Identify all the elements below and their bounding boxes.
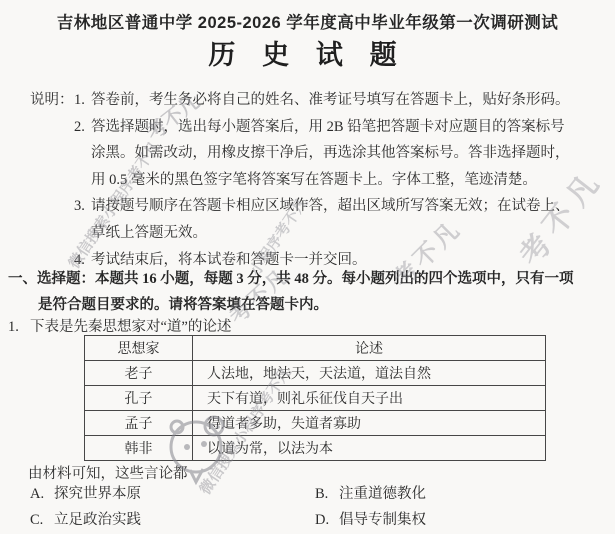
table-row: 孔子 天下有道，则礼乐征伐自天子出 [85,386,546,411]
instruction-line: 2.答选择题时，选出每小题答案后，用 2B 铅笔把答题卡对应题目的答案标号 [74,114,607,141]
question-stem-text: 下表是先秦思想家对“道”的论述 [30,319,231,335]
instruction-line: 用 0.5 毫米的黑色签字笔将答案写在答题卡上。字体工整，笔迹清楚。 [91,167,607,194]
instruction-number: 3. [74,193,91,220]
table-cell-quote: 得道者多助，失道者寡助 [193,411,546,436]
instructions-label: 说明： [30,87,74,114]
thinkers-table: 思想家 论述 老子 人法地，地法天，天法道，道法自然 孔子 天下有道，则礼乐征伐… [84,335,546,461]
question-followup: 由材料可知，这些言论都 [28,462,188,483]
option-b: B.注重道德教化 [315,484,605,504]
table-header-row: 思想家 论述 [85,336,546,361]
option-text: 倡导专制集权 [339,512,426,528]
instruction-text: 草纸上答题无效。 [91,225,207,241]
instruction-text: 用 0.5 毫米的黑色签字笔将答案写在答题卡上。字体工整，笔迹清楚。 [91,172,537,188]
exam-title: 历 史 试 题 [0,33,615,72]
instructions-block: 说明：1.答卷前，考生务必将自己的姓名、准考证号填写在答题卡上，贴好条形码。 2… [30,87,607,273]
instruction-line: 草纸上答题无效。 [91,220,607,247]
instruction-line: 3.请按题号顺序在答题卡相应区域作答，超出区域所写答案无效；在试卷上、 [74,193,607,220]
section-one-heading: 一、选择题：本题共 16 小题，每题 3 分，共 48 分。每小题列出的四个选项… [8,266,609,319]
instruction-number: 1. [74,87,91,114]
table-row: 韩非 以道为常，以法为本 [85,436,546,461]
option-label: B. [315,484,339,504]
section-heading-line: 一、选择题：本题共 16 小题，每题 3 分，共 48 分。每小题列出的四个选项… [8,266,609,292]
option-d: D.倡导专制集权 [315,510,605,530]
instruction-text: 答选择题时，选出每小题答案后，用 2B 铅笔把答题卡对应题目的答案标号 [91,119,565,135]
instruction-line: 说明：1.答卷前，考生务必将自己的姓名、准考证号填写在答题卡上，贴好条形码。 [30,87,607,114]
option-text: 立足政治实践 [54,512,141,528]
table-cell-quote: 以道为常，以法为本 [193,436,546,461]
instruction-number: 2. [74,114,91,141]
table-row: 老子 人法地，地法天，天法道，道法自然 [85,361,546,386]
option-label: D. [315,510,339,530]
table-cell-thinker: 老子 [85,361,193,386]
question-number: 1. [8,319,30,336]
option-label: A. [30,484,54,504]
option-text: 探究世界本原 [54,486,141,502]
option-c: C.立足政治实践 [30,510,315,530]
table-row: 孟子 得道者多助，失道者寡助 [85,411,546,436]
exam-paper-page: 吉林地区普通中学 2025-2026 学年度高中毕业年级第一次调研测试 历 史 … [0,0,615,534]
instruction-text: 涂黑。如需改动，用橡皮擦干净后，再选涂其他答案标号。答非选择题时， [91,145,570,161]
instruction-line: 涂黑。如需改动，用橡皮擦干净后，再选涂其他答案标号。答非选择题时， [91,140,607,167]
table-cell-thinker: 韩非 [85,436,193,461]
table-header-thinker: 思想家 [85,336,193,361]
table-cell-thinker: 孔子 [85,386,193,411]
question-stem: 1.下表是先秦思想家对“道”的论述 [8,315,231,336]
table-cell-quote: 天下有道，则礼乐征伐自天子出 [193,386,546,411]
exam-header: 吉林地区普通中学 2025-2026 学年度高中毕业年级第一次调研测试 [0,9,615,33]
option-label: C. [30,510,54,530]
table-header-quote: 论述 [193,336,546,361]
instruction-text: 请按题号顺序在答题卡相应区域作答，超出区域所写答案无效；在试卷上、 [91,198,570,214]
options-grid: A.探究世界本原 B.注重道德教化 C.立足政治实践 D.倡导专制集权 [30,484,605,530]
option-text: 注重道德教化 [339,486,426,502]
table-cell-quote: 人法地，地法天，天法道，道法自然 [193,361,546,386]
table-cell-thinker: 孟子 [85,411,193,436]
instruction-text: 答卷前，考生务必将自己的姓名、准考证号填写在答题卡上，贴好条形码。 [91,92,570,108]
option-a: A.探究世界本原 [30,484,315,504]
